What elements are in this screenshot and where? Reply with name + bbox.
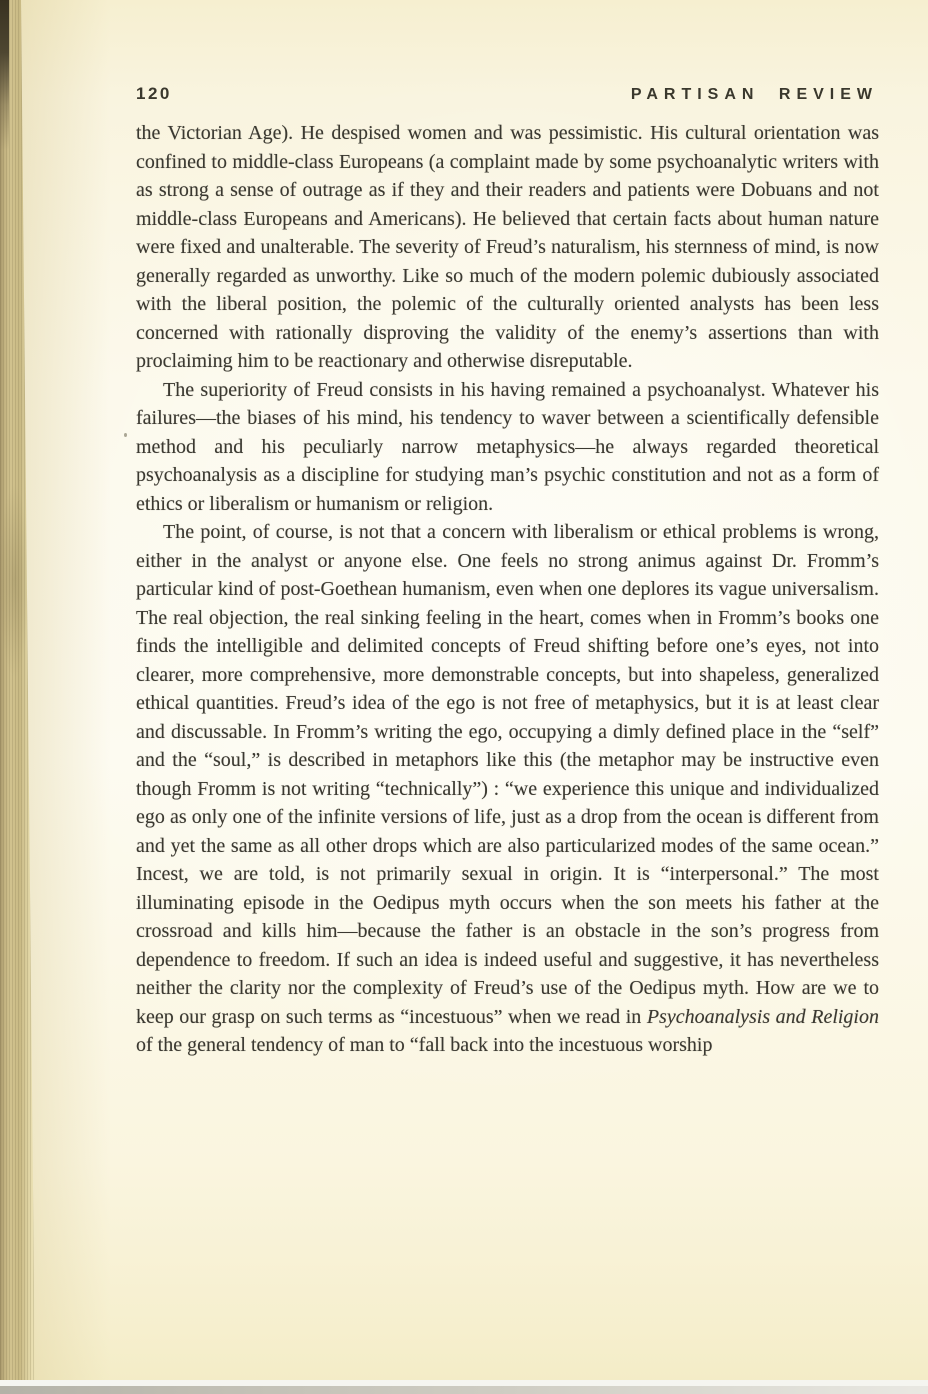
paragraph-text: The point, of course, is not that a conc… <box>136 521 879 1028</box>
page-number: 120 <box>136 84 172 104</box>
article-text-block: the Victorian Age). He despised women an… <box>136 119 879 1060</box>
book-title-italic: Psychoanalysis and Religion <box>647 1006 879 1028</box>
running-head: 120 PARTISAN REVIEW <box>136 84 878 104</box>
page-gutter-shading <box>20 0 110 1386</box>
paragraph-text: of the general tendency of man to “fall … <box>136 1034 712 1056</box>
scanner-bed-bar <box>0 1386 928 1394</box>
paragraph: the Victorian Age). He despised women an… <box>136 119 879 376</box>
journal-title: PARTISAN REVIEW <box>631 86 878 104</box>
spine-shadow-top <box>0 0 9 150</box>
paragraph: The superiority of Freud consists in his… <box>136 376 879 519</box>
paragraph: The point, of course, is not that a conc… <box>136 518 879 1060</box>
paragraph-text: the Victorian Age). He despised women an… <box>136 122 879 372</box>
paragraph-text: The superiority of Freud consists in his… <box>136 379 879 515</box>
scan-speck <box>124 433 127 437</box>
